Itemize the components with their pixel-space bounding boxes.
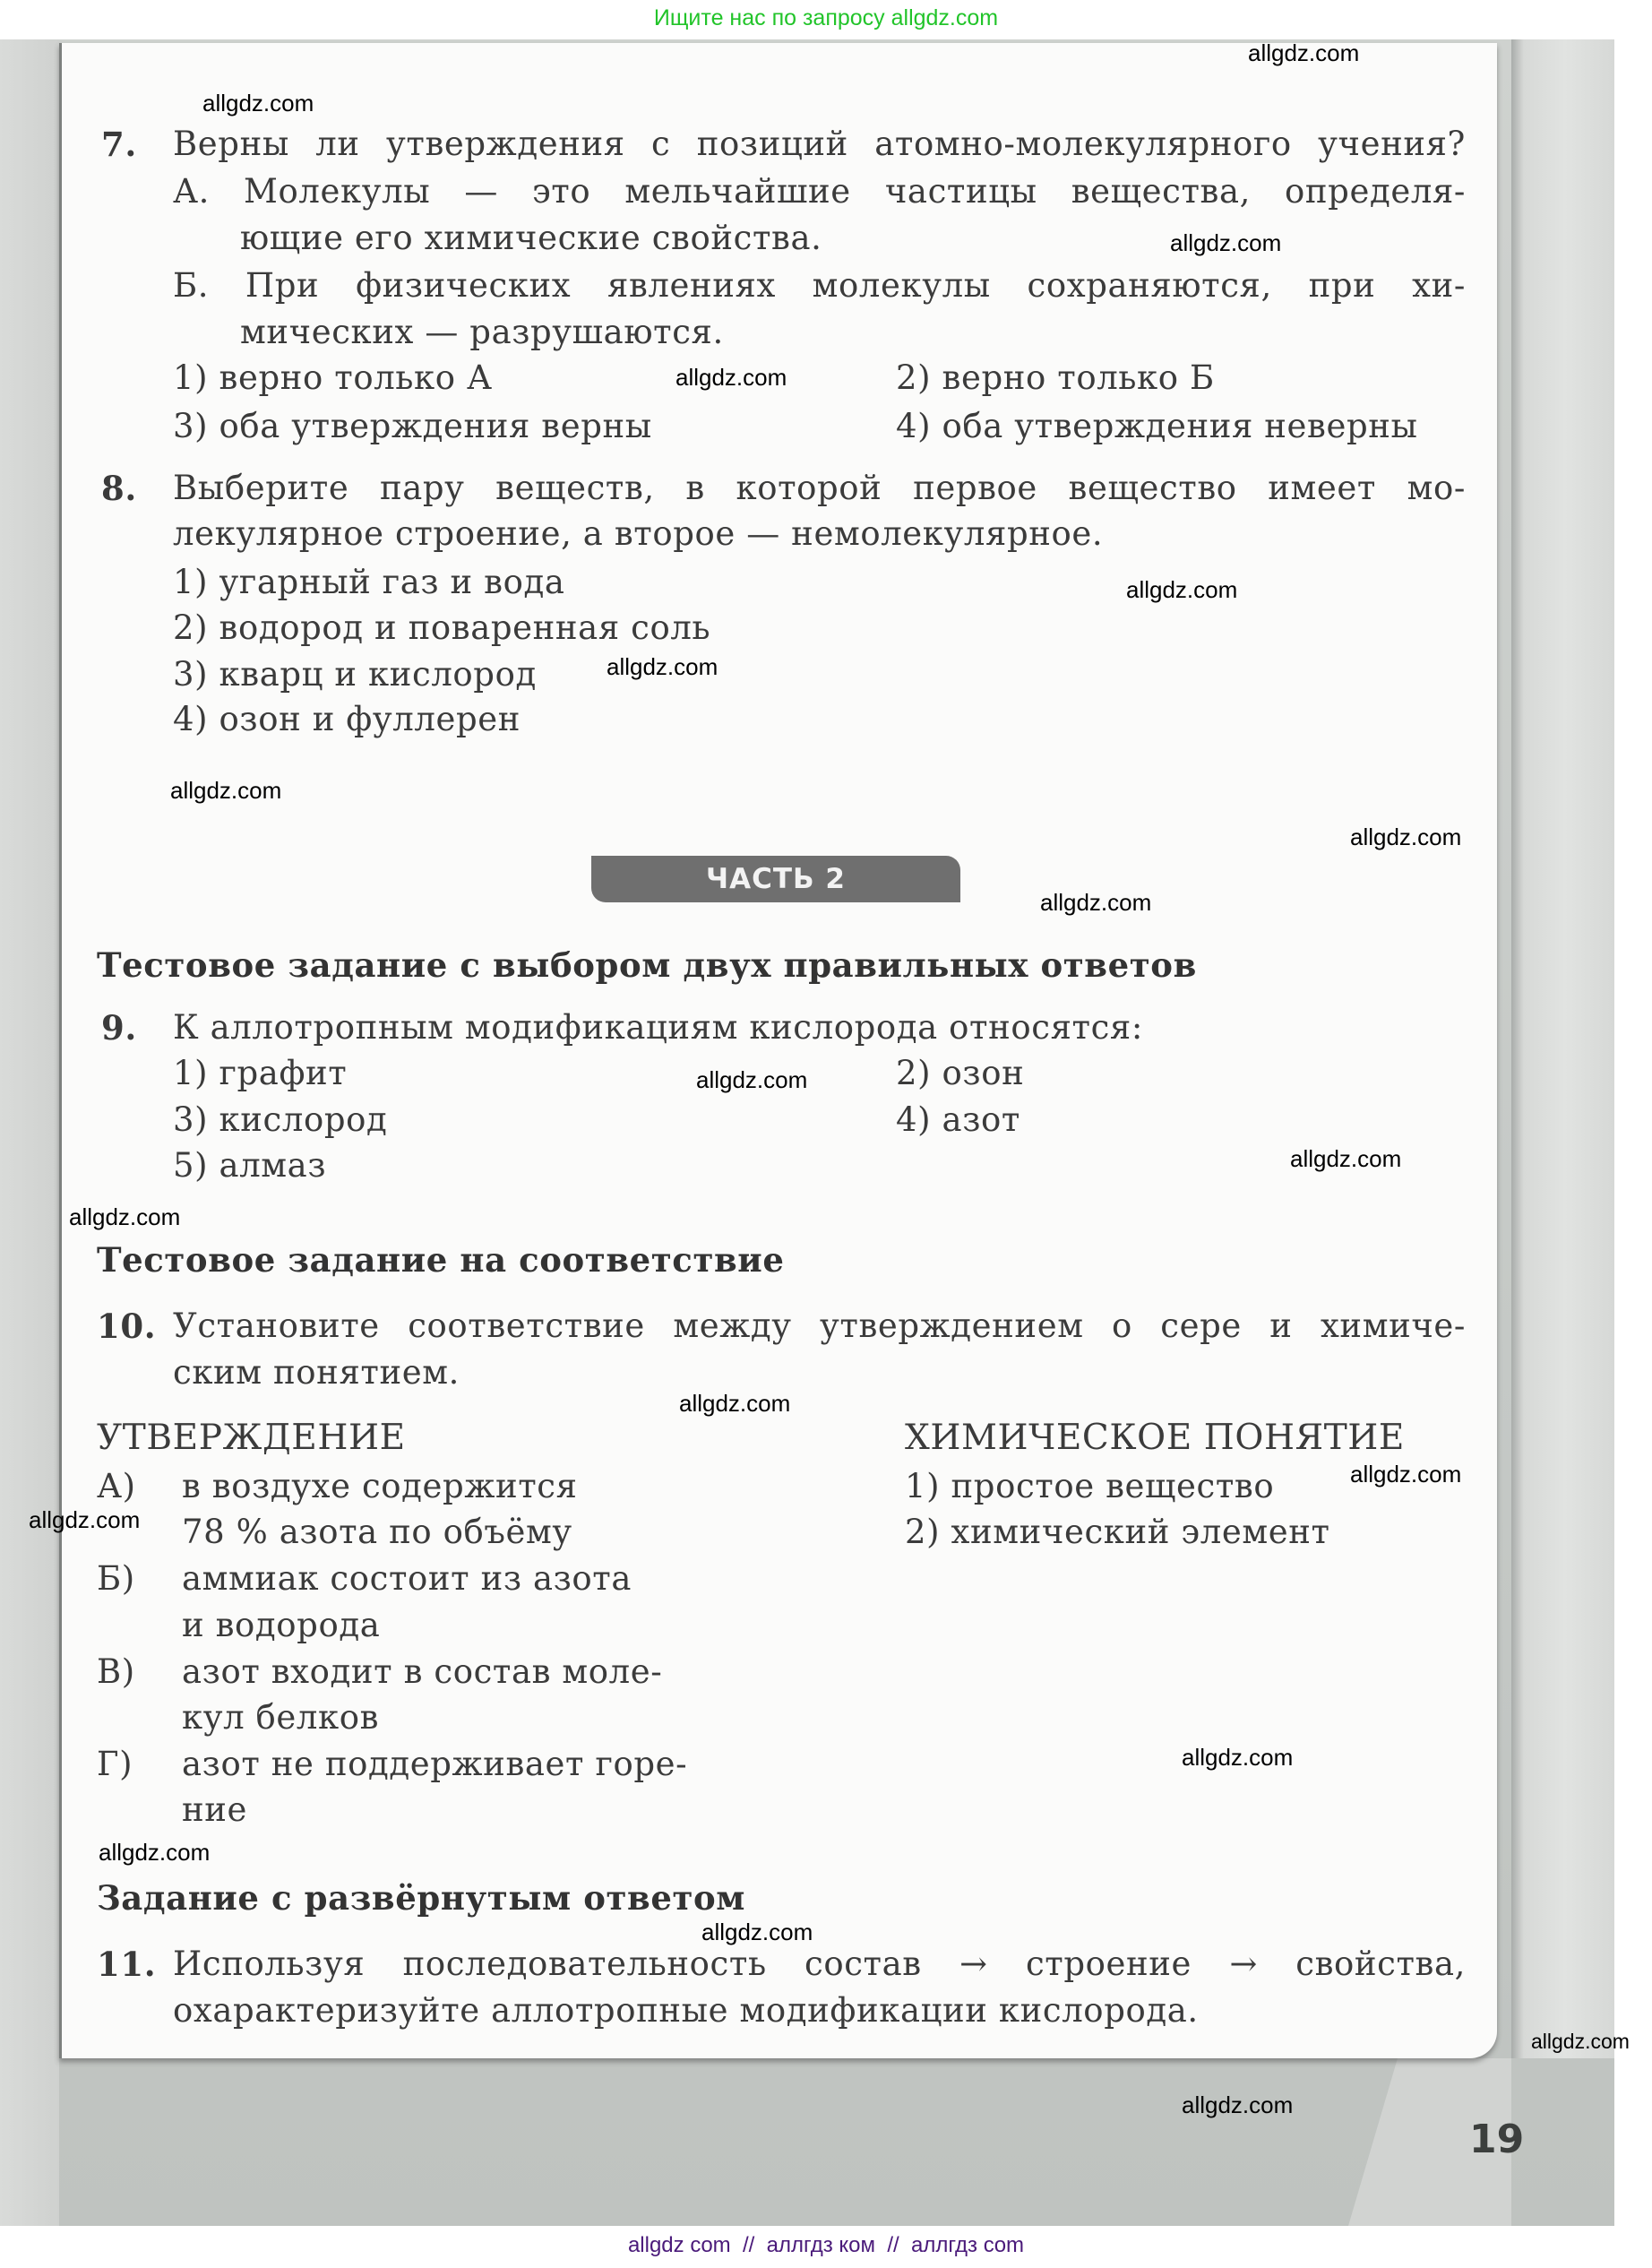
watermark: allgdz.com [1290, 1145, 1401, 1172]
q7-statement-a-cont: ющие его химические свойства. [240, 219, 822, 258]
page-number: 19 [1469, 2117, 1524, 2162]
watermark: allgdz.com [1040, 889, 1151, 916]
watermark: allgdz.com [679, 1390, 790, 1417]
footer-links: allgdz com // аллгдз ком // аллгдз com [0, 2229, 1652, 2262]
q7-statement-b: Б. При физических явлениях молекулы сохр… [173, 266, 1466, 306]
q10-statement-b-cont: и водорода [182, 1606, 380, 1645]
q9-option-2: 2) озон [896, 1054, 1024, 1093]
q8-question: Выберите пару веществ, в которой первое … [173, 469, 1466, 508]
q7-question: Верны ли утверждения с позиций атомно-мо… [173, 125, 1466, 164]
q8-option-1: 1) угарный газ и вода [173, 563, 565, 602]
watermark: allgdz.com [29, 1506, 140, 1533]
watermark: allgdz.com [99, 1839, 210, 1866]
watermark: allgdz.com [202, 90, 314, 116]
q10-question-cont: ским понятием. [173, 1353, 460, 1393]
watermark: allgdz.com [1182, 1744, 1293, 1771]
q7-number: 7. [101, 125, 137, 164]
q7-option-3: 3) оба утверждения верны [173, 407, 652, 446]
q11-number: 11. [97, 1945, 156, 1984]
q7-statement-b-cont: мических — разрушаются. [240, 313, 724, 352]
q9-question: К аллотропным модификациям кислорода отн… [173, 1008, 1143, 1048]
q10-statement-g: азот не поддерживает горе- [182, 1745, 687, 1784]
watermark: allgdz.com [1248, 39, 1359, 66]
q9-option-5: 5) алмаз [173, 1146, 326, 1186]
q7-option-1: 1) верно только А [173, 358, 493, 398]
section-heading-two-answers: Тестовое задание с выбором двух правильн… [97, 945, 1197, 985]
q10-statement-g-letter: Г) [97, 1745, 133, 1784]
watermark: allgdz.com [1531, 2028, 1630, 2055]
watermark: allgdz.com [696, 1066, 807, 1093]
q10-statement-a: в воздухе содержится [182, 1467, 578, 1506]
q9-option-4: 4) азот [896, 1100, 1020, 1140]
watermark: allgdz.com [701, 1919, 813, 1945]
q8-question-cont: лекулярное строение, а второе — немолеку… [173, 514, 1103, 554]
search-banner: Ищите нас по запросу allgdz.com [0, 2, 1652, 38]
q9-option-1: 1) графит [173, 1054, 347, 1093]
q10-statement-g-cont: ние [182, 1790, 247, 1830]
q8-option-4: 4) озон и фуллерен [173, 700, 521, 739]
q11-question-cont: охарактеризуйте аллотропные модификации … [173, 1991, 1199, 2031]
q8-number: 8. [101, 469, 137, 508]
q10-concept-2: 2) химический элемент [905, 1513, 1330, 1552]
section-heading-matching: Тестовое задание на соответствие [97, 1240, 784, 1280]
q10-statement-b: аммиак состоит из азота [182, 1559, 632, 1599]
page-right-edge [1511, 39, 1614, 2058]
q7-statement-a: А. Молекулы — это мельчайшие частицы вещ… [173, 172, 1466, 211]
q10-statement-v-cont: кул белков [182, 1698, 379, 1738]
q7-option-4: 4) оба утверждения неверны [896, 407, 1418, 446]
watermark: allgdz.com [1170, 229, 1281, 256]
q9-number: 9. [101, 1008, 137, 1048]
watermark: allgdz.com [1182, 2091, 1293, 2118]
q10-statement-v: азот входит в состав моле- [182, 1652, 662, 1692]
watermark: allgdz.com [170, 777, 281, 804]
q10-number: 10. [97, 1306, 156, 1346]
q10-column-header-statement: УТВЕРЖДЕНИЕ [97, 1419, 406, 1458]
q10-question: Установите соответствие между утверждени… [173, 1306, 1466, 1346]
q9-option-3: 3) кислород [173, 1100, 387, 1140]
q10-statement-v-letter: В) [97, 1652, 135, 1692]
watermark: allgdz.com [1350, 1461, 1461, 1488]
page-left-edge [0, 39, 59, 2226]
watermark: allgdz.com [69, 1203, 180, 1230]
q10-statement-b-letter: Б) [97, 1559, 135, 1599]
q10-concept-1: 1) простое вещество [905, 1467, 1274, 1506]
q11-question: Используя последовательность состав → ст… [173, 1945, 1466, 1984]
q7-option-2: 2) верно только Б [896, 358, 1215, 398]
q10-column-header-concept: ХИМИЧЕСКОЕ ПОНЯТИЕ [905, 1419, 1405, 1458]
watermark: allgdz.com [675, 364, 787, 391]
part-two-badge: ЧАСТЬ 2 [591, 856, 960, 902]
watermark: allgdz.com [607, 653, 718, 680]
q8-option-2: 2) водород и поваренная соль [173, 608, 710, 648]
section-heading-extended: Задание с развёрнутым ответом [97, 1878, 745, 1918]
q8-option-3: 3) кварц и кислород [173, 655, 537, 694]
q10-statement-a-letter: А) [97, 1467, 136, 1506]
watermark: allgdz.com [1350, 824, 1461, 850]
q10-statement-a-cont: 78 % азота по объёму [182, 1513, 572, 1552]
watermark: allgdz.com [1126, 576, 1237, 603]
